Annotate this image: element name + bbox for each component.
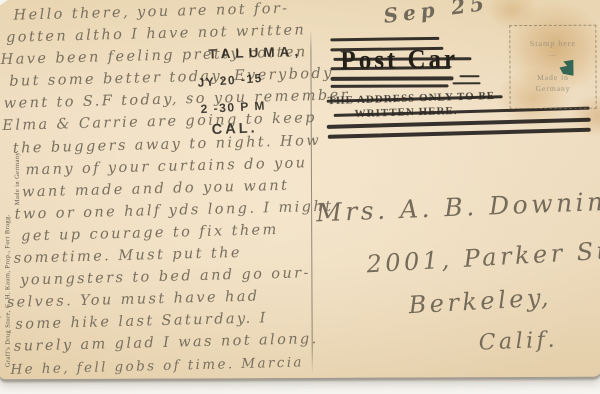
scan-corner-sliver (0, 0, 10, 7)
cancel-bar (331, 76, 454, 81)
postcard-back: 1056 Published by Richard Behrendt, San … (0, 0, 600, 379)
postmark-city: TALUMA, (208, 44, 303, 62)
postmark-state: CAL. (211, 120, 257, 138)
address-city: Berkeley, (408, 283, 553, 319)
handwritten-message: Hello there, you are not for- gotten alt… (0, 0, 357, 380)
cancel-bar (331, 84, 449, 88)
cancel-bar (328, 127, 591, 138)
handwritten-date-annotation: Sep 25 (382, 0, 490, 28)
cancel-bar (453, 82, 481, 84)
publisher-imprint-line-1: 1056 Published by Richard Behrendt, San … (0, 203, 2, 369)
postcard-heading: Post Car (340, 45, 458, 77)
stamp-box-label-1: Stamp here (510, 39, 595, 48)
address-instruction-line-2: WRITTEN HERE. (355, 105, 458, 120)
cancel-bar (460, 75, 480, 77)
address-instruction-line-1: THE ADDRESS ONLY TO BE (327, 90, 495, 107)
stamp-box-label-3: Germany (511, 84, 596, 93)
address-recipient: Mrs. A. B. Downing (316, 186, 600, 227)
postcard-scan: 1056 Published by Richard Behrendt, San … (0, 0, 600, 394)
address-state: Calif. (478, 328, 558, 356)
stamp-box: Stamp here — Made in Germany (509, 25, 596, 109)
cancel-bar (330, 37, 439, 41)
address-street: 2001, Parker St. (366, 236, 600, 278)
stamp-box-label-2: Made in (511, 73, 596, 82)
stamp-box-divider: — (510, 51, 595, 59)
